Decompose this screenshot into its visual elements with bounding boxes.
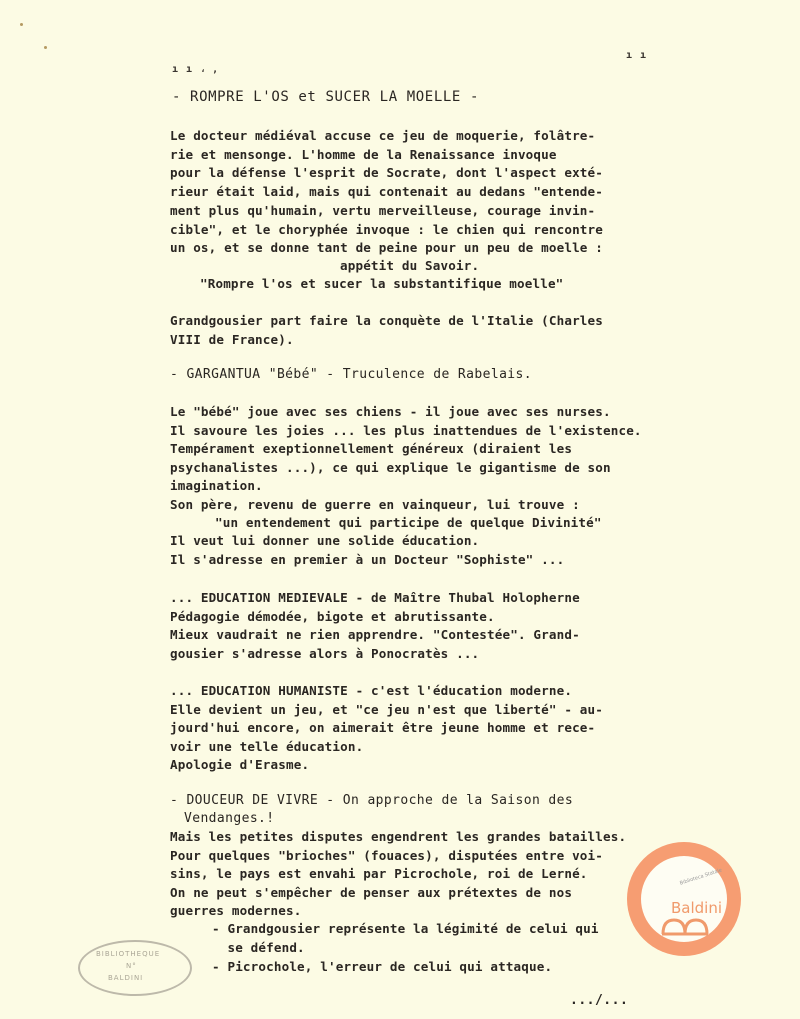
text-line: Mais les petites disputes engendrent les… bbox=[170, 828, 626, 846]
paper-speck bbox=[44, 46, 47, 49]
text-line: cible", et le choryphée invoque : le chi… bbox=[170, 221, 603, 239]
quote-divinite: "un entendement qui participe de quelque… bbox=[215, 514, 602, 532]
page-title: - ROMPRE L'OS et SUCER LA MOELLE - bbox=[172, 88, 479, 106]
top-right-marks: ı ı bbox=[626, 50, 647, 61]
watermark-small-text: Biblioteca Statale bbox=[679, 867, 723, 886]
text-line: Son père, revenu de guerre en vainqueur,… bbox=[170, 496, 580, 514]
text-line: jourd'hui encore, on aimerait être jeune… bbox=[170, 719, 595, 737]
text-line: Le "bébé" joue avec ses chiens - il joue… bbox=[170, 403, 611, 421]
text-line: rieur était laid, mais qui contenait au … bbox=[170, 183, 603, 201]
text-line: Tempérament exeptionnellement généreux (… bbox=[170, 440, 572, 458]
paper-speck bbox=[20, 23, 23, 26]
continuation-mark: .../... bbox=[570, 993, 628, 1008]
text-line: un os, et se donne tant de peine pour un… bbox=[170, 239, 603, 257]
text-line: On ne peut s'empêcher de penser aux prét… bbox=[170, 884, 572, 902]
text-line: sins, le pays est envahi par Picrochole,… bbox=[170, 865, 588, 883]
text-line: gousier s'adresse alors à Ponocratès ... bbox=[170, 645, 479, 663]
text-line: ... EDUCATION MEDIEVALE - de Maître Thub… bbox=[170, 589, 580, 607]
baldini-watermark-logo: Biblioteca Statale Baldini bbox=[627, 842, 741, 956]
text-line: - Picrochole, l'erreur de celui qui atta… bbox=[212, 958, 552, 976]
watermark-label: Baldini bbox=[671, 899, 722, 917]
text-line: Il savoure les joies ... les plus inatte… bbox=[170, 422, 642, 440]
text-line: ... EDUCATION HUMANISTE - c'est l'éducat… bbox=[170, 682, 572, 700]
text-line: VIII de France). bbox=[170, 331, 294, 349]
text-line: - Grandgousier représente la légimité de… bbox=[212, 920, 599, 938]
text-line: voir une telle éducation. bbox=[170, 738, 363, 756]
text-line: Mieux vaudrait ne rien apprendre. "Conte… bbox=[170, 626, 580, 644]
heading-douceur-de-vivre: - DOUCEUR DE VIVRE - On approche de la S… bbox=[170, 792, 573, 810]
centered-quote-rompre: "Rompre l'os et sucer la substantifique … bbox=[200, 275, 563, 293]
scanned-page: ı ı ، ‚ ı ı - ROMPRE L'OS et SUCER LA MO… bbox=[0, 0, 800, 1019]
centered-line-appetit: appétit du Savoir. bbox=[340, 257, 479, 275]
text-line: Pédagogie démodée, bigote et abrutissant… bbox=[170, 608, 495, 626]
library-stamp: BIBLIOTHEQUE N° BALDINI bbox=[78, 940, 192, 996]
top-left-marks: ı ı ، ‚ bbox=[172, 64, 218, 75]
text-line: Elle devient un jeu, et "ce jeu n'est qu… bbox=[170, 701, 603, 719]
text-line: Il s'adresse en premier à un Docteur "So… bbox=[170, 551, 564, 569]
text-line: Le docteur médiéval accuse ce jeu de moq… bbox=[170, 127, 595, 145]
open-book-icon bbox=[661, 916, 709, 936]
heading-gargantua: - GARGANTUA "Bébé" - Truculence de Rabel… bbox=[170, 366, 532, 384]
heading-douceur-continued: Vendanges.! bbox=[184, 810, 275, 828]
text-line: Grandgousier part faire la conquète de l… bbox=[170, 312, 603, 330]
stamp-middle-text: N° bbox=[126, 962, 137, 970]
text-line: pour la défense l'esprit de Socrate, don… bbox=[170, 164, 603, 182]
text-line: ment plus qu'humain, vertu merveilleuse,… bbox=[170, 202, 595, 220]
text-line: Pour quelques "brioches" (fouaces), disp… bbox=[170, 847, 603, 865]
text-line: se défend. bbox=[212, 939, 305, 957]
text-line: Apologie d'Erasme. bbox=[170, 756, 309, 774]
stamp-top-text: BIBLIOTHEQUE bbox=[96, 950, 160, 958]
text-line: guerres modernes. bbox=[170, 902, 301, 920]
text-line: imagination. bbox=[170, 477, 263, 495]
text-line: Il veut lui donner une solide éducation. bbox=[170, 532, 479, 550]
text-line: rie et mensonge. L'homme de la Renaissan… bbox=[170, 146, 557, 164]
text-line: psychanalistes ...), ce qui explique le … bbox=[170, 459, 611, 477]
stamp-bottom-text: BALDINI bbox=[108, 974, 143, 982]
